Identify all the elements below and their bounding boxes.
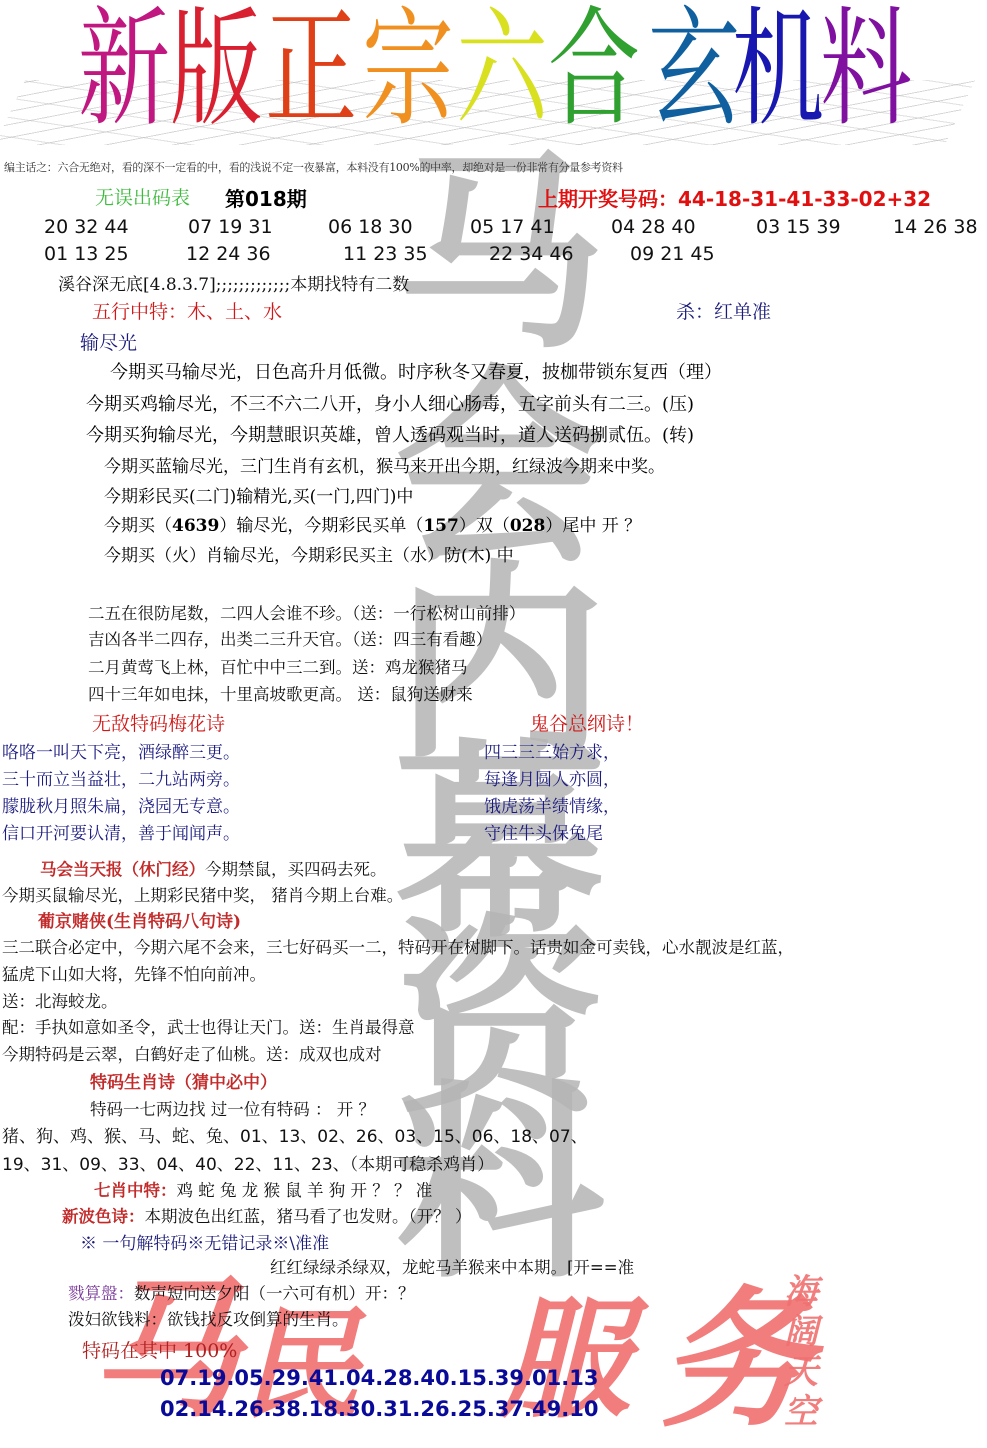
five-elements-value: 木、土、水 bbox=[187, 301, 282, 323]
last-draw-label: 上期开奖号码： bbox=[538, 187, 678, 211]
guigu-poem-line: 饿虎荡羊绩情缘， bbox=[484, 792, 620, 817]
text-segment: 今期买（ bbox=[104, 516, 172, 536]
period-number: 第018期 bbox=[225, 183, 307, 212]
lose-all-line: 今期买蓝输尽光，三门生肖有玄机，猴马来开出今期，红绿波今期来中奖。 bbox=[104, 452, 665, 477]
verse-line: 四十三年如电抹，十里高坡歌更高。 送：鼠狗送财来 bbox=[88, 681, 473, 705]
text-segment: ）尾中 开 ？ bbox=[545, 516, 641, 536]
last-draw: 上期开奖号码：44-18-31-41-33-02+32 bbox=[538, 183, 931, 212]
lose-all-line: 今期买鸡输尽光，不三不六二八开，身小人细心肠毒，五字前头有二三。(压) bbox=[86, 390, 694, 416]
number-group: 14 26 38 bbox=[893, 216, 978, 238]
seven-zodiac-value: 鸡 蛇 兔 龙 猴 鼠 羊 狗 开 ？ ？ 准 bbox=[177, 1181, 433, 1200]
bold-number: 157 bbox=[423, 516, 459, 536]
final-numbers-row: 02.14.26.38.18.30.31.26.25.37.49.10 bbox=[160, 1397, 598, 1421]
vertical-char: 天 bbox=[784, 1352, 824, 1392]
title-char-2: 版 bbox=[170, 0, 262, 140]
number-group: 20 32 44 bbox=[44, 216, 129, 238]
one-line-text: 红红绿绿杀绿双，龙蛇马羊猴来中本期。[开==准 bbox=[270, 1254, 634, 1278]
shrew: 泼妇欲钱料：欲钱找反攻倒算的生肖。 bbox=[68, 1306, 349, 1330]
number-group: 07 19 31 bbox=[188, 216, 273, 238]
seven-zodiac: 七肖中特：鸡 蛇 兔 龙 猴 鼠 羊 狗 开 ？ ？ 准 bbox=[94, 1177, 432, 1201]
number-group: 03 15 39 bbox=[756, 216, 841, 238]
title-char-4: 宗 bbox=[362, 0, 454, 140]
vertical-char: 阔 bbox=[784, 1312, 824, 1352]
final-title: 特码在其中 100% bbox=[82, 1336, 237, 1363]
title-char-1: 新 bbox=[78, 0, 170, 140]
guigu-poem-line: 每逢月圆人亦圆， bbox=[484, 765, 620, 790]
abacus: 戮算盤：数声短向送夕阳（一六可有机）开：？ bbox=[68, 1280, 415, 1304]
title-char-9: 料 bbox=[820, 0, 912, 140]
final-numbers-row: 07.19.05.29.41.04.28.40.15.39.01.13 bbox=[160, 1366, 598, 1390]
lose-all-heading: 输尽光 bbox=[80, 328, 137, 355]
macau-gambler-line: 猛虎下山如大将，先锋不怕向前冲。 bbox=[2, 961, 266, 985]
number-group: 09 21 45 bbox=[630, 243, 715, 265]
horse-report-text: 今期禁鼠，买四码去死。 bbox=[205, 860, 387, 879]
title-char-6: 合 bbox=[548, 0, 640, 140]
shrew-label: 泼妇欲钱料： bbox=[68, 1310, 167, 1329]
macau-gambler-line: 今期特码是云翠，白鹤好走了仙桃。送：成双也成对 bbox=[2, 1041, 382, 1065]
abacus-label: 戮算盤： bbox=[68, 1284, 134, 1303]
vertical-char: 空 bbox=[784, 1392, 824, 1432]
seven-zodiac-label: 七肖中特： bbox=[94, 1181, 177, 1200]
plum-poem-line: 朦胧秋月照朱扁，浇园无专意。 bbox=[2, 792, 240, 817]
lose-all-line: 今期买（4639）输尽光，今期彩民买单（157）双（028）尾中 开 ？ bbox=[104, 511, 641, 536]
zodiac-poem-hint: 特码一七两边找 过一位有特码 ： 开 ？ bbox=[90, 1096, 375, 1120]
title-char-8: 机 bbox=[732, 0, 824, 140]
kill-info: 杀：红单准 bbox=[676, 297, 771, 324]
verse-line: 二月黄莺飞上林，百忙中中三二到。送：鸡龙猴猪马 bbox=[88, 654, 468, 678]
guigu-poem-line: 四三三三始方求， bbox=[484, 738, 620, 763]
red-vertical-watermark: 海 阔 天 空 bbox=[784, 1272, 824, 1432]
five-elements: 五行中特：木、土、水 bbox=[92, 297, 282, 324]
zodiac-poem-line: 19、31、09、33、04、40、22、11、23、（本期可稳杀鸡肖） bbox=[2, 1150, 494, 1175]
macau-gambler-title: 葡京赌侠(生肖特码八句诗) bbox=[38, 907, 241, 932]
verse-line: 吉凶各半二四存，出类二三升天官。（送：四三有看趣） bbox=[88, 626, 492, 650]
bold-number: 028 bbox=[510, 516, 546, 536]
number-group: 05 17 41 bbox=[470, 216, 555, 238]
text-segment: ）输尽光，今期彩民买单（ bbox=[219, 516, 423, 536]
zodiac-poem-title: 特码生肖诗（猜中必中） bbox=[90, 1068, 277, 1093]
horse-report: 马会当天报（休门经）今期禁鼠，买四码去死。 bbox=[40, 856, 387, 880]
one-line-title: ※ 一句解特码※无错记录※\准准 bbox=[80, 1229, 329, 1254]
wave-poem: 新波色诗：本期波色出红蓝，猪马看了也发财。（开？ ） bbox=[62, 1203, 472, 1227]
table-title: 无误出码表 bbox=[95, 183, 190, 210]
title-char-7: 玄 bbox=[648, 0, 740, 140]
vertical-char: 海 bbox=[784, 1272, 824, 1312]
text-segment: ）双（ bbox=[459, 516, 510, 536]
number-group: 01 13 25 bbox=[44, 243, 129, 265]
wave-poem-value: 本期波色出红蓝，猪马看了也发财。（开？ ） bbox=[145, 1207, 472, 1226]
number-group: 12 24 36 bbox=[186, 243, 271, 265]
macau-gambler-line: 送：北海蛟龙。 bbox=[2, 988, 118, 1012]
lose-all-line: 今期买狗输尽光，今期慧眼识英雄，曾人透码观当时，道人送码捌贰伍。(转) bbox=[86, 421, 694, 447]
lose-all-line: 今期彩民买(二门)输精光,买(一门,四门)中 bbox=[104, 482, 413, 507]
valley-line: 溪谷深无底[4.8.3.7];;;;;;;;;;;;;本期找特有二数 bbox=[58, 270, 409, 295]
number-group: 06 18 30 bbox=[328, 216, 413, 238]
plum-poem-title: 无敌特码梅花诗 bbox=[92, 709, 225, 736]
plum-poem-line: 三十而立当益壮，二九站两旁。 bbox=[2, 765, 240, 790]
kill-label: 杀： bbox=[676, 301, 714, 323]
last-draw-numbers: 44-18-31-41-33-02+32 bbox=[678, 187, 931, 211]
guigu-poem-line: 守住牛头保兔尾 bbox=[484, 819, 603, 844]
shrew-text: 欲钱找反攻倒算的生肖。 bbox=[167, 1310, 349, 1329]
plum-poem-line: 咯咯一叫天下亮，酒绿醉三更。 bbox=[2, 738, 240, 763]
bold-number: 4639 bbox=[172, 516, 219, 536]
abacus-text: 数声短向送夕阳（一六可有机）开：？ bbox=[134, 1284, 415, 1303]
zodiac-poem-line: 猪、狗、鸡、猴、马、蛇、兔、01、13、02、26、03、15、06、18、07… bbox=[2, 1122, 588, 1147]
title-char-5: 六 bbox=[456, 0, 548, 140]
lose-all-line: 今期买（火）肖输尽光，今期彩民买主（水）防(木) 中 bbox=[104, 541, 514, 566]
number-group: 22 34 46 bbox=[489, 243, 574, 265]
editor-motto: 编主话之：六合无绝对，看的深不一定看的中，看的浅说不定一夜暴富，本料没有100%… bbox=[4, 159, 623, 175]
number-group: 11 23 35 bbox=[343, 243, 428, 265]
title-banner: 新 版 正 宗 六 合 玄 机 料 bbox=[0, 0, 987, 150]
title-char-3: 正 bbox=[265, 0, 357, 140]
macau-gambler-line: 三二联合必定中，今期六尾不会来，三七好码买一二，特码开在树脚下。话贵如金可卖钱，… bbox=[2, 934, 794, 958]
five-elements-label: 五行中特： bbox=[92, 301, 187, 323]
horse-report-label: 马会当天报（休门经） bbox=[40, 860, 205, 879]
lose-all-line: 今期买马输尽光，日色高升月低微。时序秋冬又春夏，披枷带锁东复西（理） bbox=[110, 358, 722, 384]
macau-gambler-line: 配：手执如意如圣令，武士也得让天门。送：生肖最得意 bbox=[2, 1014, 415, 1038]
plum-poem-line: 信口开河要认清，善于闻闻声。 bbox=[2, 819, 240, 844]
number-group: 04 28 40 bbox=[611, 216, 696, 238]
kill-value: 红单准 bbox=[714, 301, 771, 323]
guigu-poem-title: 鬼谷总纲诗！ bbox=[530, 709, 644, 736]
horse-report-line2: 今期买鼠输尽光，上期彩民猪中奖， 猪肖今期上台难。 bbox=[2, 882, 403, 906]
verse-line: 二五在很防尾数，二四人会谁不珍。（送：一行松树山前排） bbox=[88, 600, 525, 624]
wave-poem-label: 新波色诗： bbox=[62, 1207, 145, 1226]
